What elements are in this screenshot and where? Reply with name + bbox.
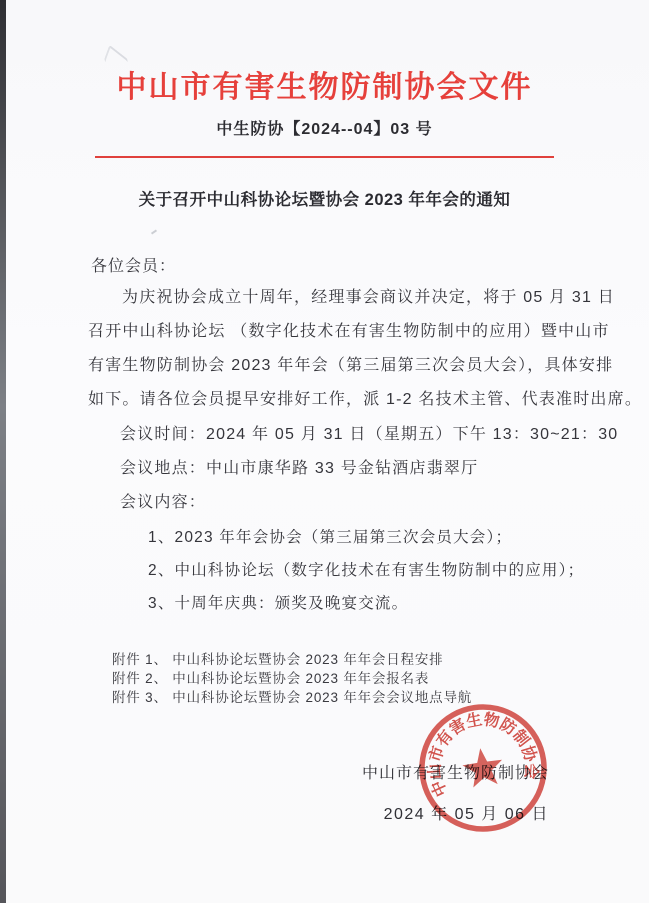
meeting-time: 会议时间：2024 年 05 月 31 日（星期五）下午 13：30~21：30 — [120, 418, 618, 452]
meeting-place: 会议地点：中山市康华路 33 号金钻酒店翡翠厅 — [120, 452, 618, 486]
attachment-item: 附件 2、 中山科协论坛暨协会 2023 年年会报名表 — [112, 669, 472, 688]
paragraph-line: 如下。请各位会员提早安排好工作，派 1-2 名技术主管、代表准时出席。 — [88, 383, 568, 417]
letterhead-title: 中山市有害生物防制协会文件 — [0, 62, 649, 106]
agenda-item: 2、中山科协论坛（数字化技术在有害生物防制中的应用）； — [148, 554, 584, 587]
paragraph-line: 有害生物防制协会 2023 年年会（第三届第三次会员大会），具体安排 — [88, 349, 568, 383]
agenda-heading: 会议内容： — [120, 486, 618, 520]
agenda-list: 1、2023 年年会协会（第三届第三次会员大会）； 2、中山科协论坛（数字化技术… — [148, 521, 584, 620]
agenda-item: 3、十周年庆典：颁奖及晚宴交流。 — [148, 587, 584, 620]
paragraph-line: 为庆祝协会成立十周年，经理事会商议并决定，将于 05 月 31 日 — [88, 281, 568, 315]
attachment-item: 附件 1、 中山科协论坛暨协会 2023 年年会日程安排 — [112, 650, 472, 669]
paragraph-line: 召开中山科协论坛 （数字化技术在有害生物防制中的应用）暨中山市 — [88, 315, 568, 349]
official-seal-icon: 中山市有害生物防制协会 — [407, 692, 558, 843]
attachments-list: 附件 1、 中山科协论坛暨协会 2023 年年会日程安排 附件 2、 中山科协论… — [112, 650, 472, 707]
attachment-item: 附件 3、 中山科协论坛暨协会 2023 年年会会议地点导航 — [112, 688, 472, 707]
meeting-info: 会议时间：2024 年 05 月 31 日（星期五）下午 13：30~21：30… — [120, 418, 618, 520]
seal-star — [460, 745, 505, 788]
salutation: 各位会员： — [91, 253, 176, 276]
subject-title: 关于召开中山科协论坛暨协会 2023 年年会的通知 — [0, 186, 649, 210]
agenda-item: 1、2023 年年会协会（第三届第三次会员大会）； — [148, 521, 584, 554]
document-scan: 中山市有害生物防制协会文件 中生防协【2024--04】03 号 关于召开中山科… — [0, 0, 649, 903]
letterhead-rule — [95, 156, 554, 158]
scan-artifact-dot — [151, 229, 157, 234]
opening-paragraph: 为庆祝协会成立十周年，经理事会商议并决定，将于 05 月 31 日 召开中山科协… — [88, 281, 568, 417]
document-number: 中生防协【2024--04】03 号 — [0, 116, 649, 139]
